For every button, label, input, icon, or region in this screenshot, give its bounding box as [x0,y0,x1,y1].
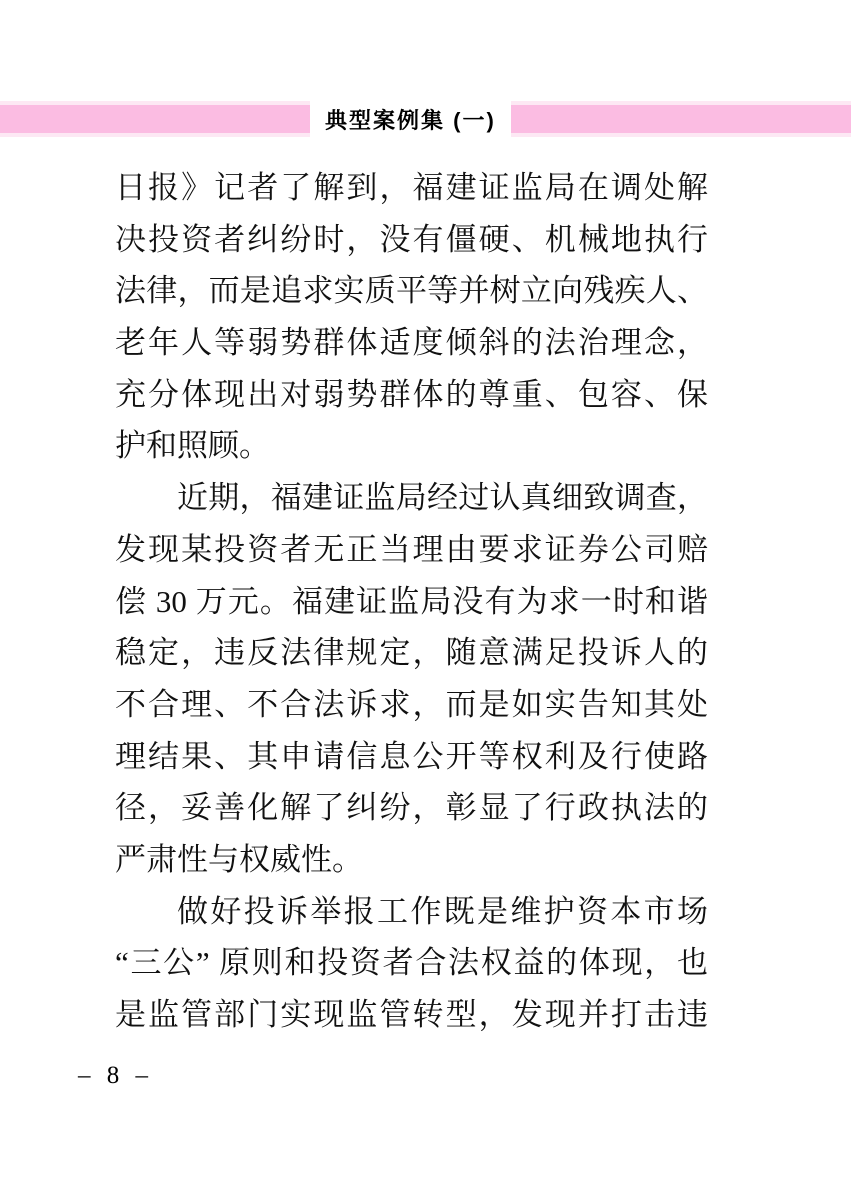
header-title-wrap: 典型案例集 (一) [310,101,511,137]
text-line: 严肃性与权威性。 [115,834,708,886]
page-title: 典型案例集 (一) [325,104,496,135]
text-line: 充分体现出对弱势群体的尊重、包容、保 [115,369,708,421]
text-line: 法律，而是追求实质平等并树立向残疾人、 [115,265,708,317]
text-line: 做好投诉举报工作既是维护资本市场 [115,886,708,938]
body-text: 日报》记者了解到，福建证监局在调处解 决投资者纠纷时，没有僵硬、机械地执行 法律… [115,162,708,1041]
text-line: 日报》记者了解到，福建证监局在调处解 [115,162,708,214]
text-line: 不合理、不合法诉求，而是如实告知其处 [115,679,708,731]
text-line: 是监管部门实现监管转型，发现并打击违 [115,989,708,1041]
text-line: 护和照顾。 [115,420,708,472]
text-line: 近期，福建证监局经过认真细致调查， [115,472,708,524]
text-line: 径，妥善化解了纠纷，彰显了行政执法的 [115,782,708,834]
header-bar-left [0,101,310,137]
text-line: 老年人等弱势群体适度倾斜的法治理念， [115,317,708,369]
text-line: 理结果、其申请信息公开等权利及行使路 [115,731,708,783]
text-line: “三公” 原则和投资者合法权益的体现，也 [115,937,708,989]
page-number: – 8 – [78,1062,153,1090]
text-line: 发现某投资者无正当理由要求证券公司赔 [115,524,708,576]
book-page: 典型案例集 (一) 日报》记者了解到，福建证监局在调处解 决投资者纠纷时，没有僵… [0,0,851,1189]
running-head: 典型案例集 (一) [0,101,851,137]
header-bar-right [511,101,851,137]
text-line: 稳定，违反法律规定，随意满足投诉人的 [115,627,708,679]
text-line: 偿 30 万元。福建证监局没有为求一时和谐 [115,576,708,628]
text-line: 决投资者纠纷时，没有僵硬、机械地执行 [115,214,708,266]
